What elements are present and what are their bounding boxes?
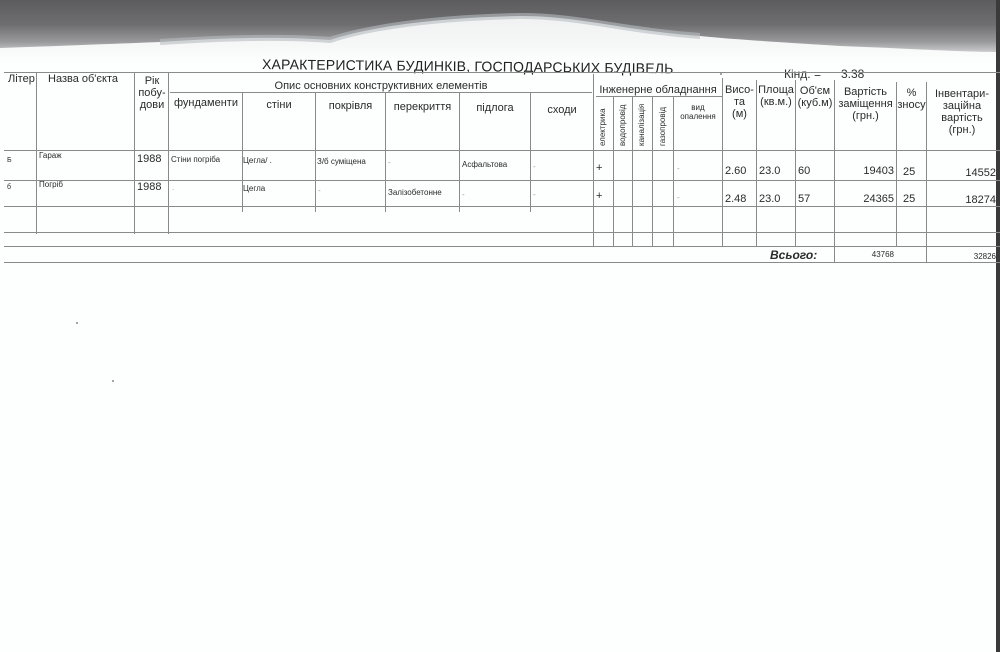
header-gas-supply: газопровід bbox=[658, 107, 667, 146]
header-walls: стіни bbox=[243, 99, 315, 111]
header-inventory-line: вартість bbox=[927, 112, 997, 124]
header-ceiling: перекриття bbox=[386, 101, 459, 113]
scan-speck bbox=[76, 322, 78, 324]
header-bottom-border bbox=[4, 150, 1000, 151]
header-height-line: та bbox=[723, 96, 756, 108]
col-divider bbox=[652, 96, 653, 246]
header-inventory-cost: Інвентари- зацiйна вартість (грн.) bbox=[927, 88, 997, 136]
header-year-line: побу- bbox=[137, 87, 167, 99]
cell-ceiling: Залізобетонне bbox=[388, 188, 442, 197]
cell-electricity: + bbox=[596, 162, 602, 174]
header-height-line: Висо- bbox=[723, 84, 756, 96]
coefficient: Кінд. =3.38 bbox=[784, 67, 864, 81]
totals-replacement-cost: 43768 bbox=[836, 250, 894, 259]
coefficient-value: 3.38 bbox=[841, 67, 864, 81]
cell-inventory-cost: 18274 bbox=[928, 194, 996, 206]
header-water-supply: водопровід bbox=[618, 105, 627, 146]
table-top-border bbox=[4, 72, 1000, 73]
cell-floor: - bbox=[462, 190, 465, 199]
row-divider bbox=[4, 246, 1000, 247]
header-sewerage: каналізація bbox=[637, 104, 646, 146]
cell-inventory-cost: 14552 bbox=[928, 167, 996, 179]
header-replacement-cost: Вартість заміщення (грн.) bbox=[835, 86, 896, 122]
scan-speck bbox=[720, 73, 722, 75]
col-divider bbox=[168, 72, 169, 234]
cell-foundations: . bbox=[172, 183, 174, 192]
cell-wear: 25 bbox=[903, 166, 915, 178]
header-area-line: Площа bbox=[757, 84, 795, 96]
header-inventory-line: Інвентари- bbox=[927, 88, 997, 100]
cell-heating-type: - bbox=[677, 193, 680, 202]
header-floor: підлога bbox=[460, 102, 530, 114]
cell-heating-type: - bbox=[677, 164, 680, 173]
cell-floor: Асфальтова bbox=[462, 160, 507, 169]
cell-volume: 60 bbox=[798, 165, 810, 177]
header-wear-line: % bbox=[897, 87, 926, 99]
totals-bottom-border bbox=[4, 262, 1000, 263]
cell-roof: З/б суміщена bbox=[317, 157, 366, 166]
header-heating-type: вид опалення bbox=[674, 103, 722, 121]
cell-volume: 57 bbox=[798, 193, 810, 205]
header-foundations: фундаменти bbox=[170, 97, 242, 109]
col-divider bbox=[593, 74, 594, 246]
cell-object-name: Гараж bbox=[39, 151, 62, 160]
header-area: Площа (кв.м.) bbox=[757, 84, 795, 108]
cell-walls: Цегла bbox=[243, 184, 265, 193]
cell-liter: Б bbox=[7, 155, 12, 167]
cell-object-name: Погріб bbox=[39, 180, 63, 189]
header-construction-group: Опис основних конструктивних елементів bbox=[170, 80, 592, 92]
header-engineering-group: Інженерне обладнання bbox=[594, 84, 722, 96]
header-replacement-line: Вартість bbox=[835, 86, 896, 98]
row-divider bbox=[4, 232, 1000, 233]
header-replacement-line: заміщення bbox=[835, 98, 896, 110]
cell-walls: Цегла/ . bbox=[243, 156, 272, 165]
col-divider bbox=[632, 96, 633, 246]
col-divider bbox=[36, 72, 37, 234]
header-area-line: (кв.м.) bbox=[757, 96, 795, 108]
cell-replacement-cost: 24365 bbox=[836, 193, 894, 205]
header-wear: % зносу bbox=[897, 87, 926, 111]
cell-area: 23.0 bbox=[759, 165, 780, 177]
header-object-name: Назва об'єкта bbox=[48, 73, 118, 85]
group-header-divider bbox=[170, 92, 592, 93]
cell-liter: б bbox=[7, 182, 11, 194]
cell-stairs: - bbox=[533, 190, 536, 199]
header-volume-line: (куб.м) bbox=[796, 97, 834, 109]
header-stairs: сходи bbox=[531, 104, 593, 116]
cell-replacement-cost: 19403 bbox=[836, 165, 894, 177]
header-inventory-line: (грн.) bbox=[927, 124, 997, 136]
header-inventory-line: зацiйна bbox=[927, 100, 997, 112]
cell-height: 2.48 bbox=[725, 193, 746, 205]
header-liter: Літер bbox=[8, 73, 35, 85]
cell-foundations: Стіни погріба bbox=[171, 155, 220, 164]
coefficient-label: Кінд. = bbox=[784, 67, 821, 81]
cell-electricity: + bbox=[596, 190, 602, 202]
cell-roof: - bbox=[318, 186, 321, 195]
totals-inventory-cost: 32826 bbox=[928, 252, 996, 261]
cell-area: 23.0 bbox=[759, 193, 780, 205]
cell-year: 1988 bbox=[137, 181, 161, 193]
header-height: Висо- та (м) bbox=[723, 84, 756, 120]
header-height-line: (м) bbox=[723, 108, 756, 120]
cell-year: 1988 bbox=[137, 153, 161, 165]
scan-speck bbox=[112, 380, 114, 382]
header-year: Рік побу- дови bbox=[137, 75, 167, 111]
group-header-divider bbox=[596, 96, 722, 97]
cell-wear: 25 bbox=[903, 193, 915, 205]
header-year-line: дови bbox=[137, 99, 167, 111]
header-replacement-line: (грн.) bbox=[835, 110, 896, 122]
header-heating-line: вид bbox=[674, 103, 722, 112]
header-heating-line: опалення bbox=[674, 112, 722, 121]
header-year-line: Рік bbox=[137, 75, 167, 87]
header-electricity: електрика bbox=[598, 108, 607, 146]
col-divider bbox=[134, 72, 135, 234]
cell-stairs: - bbox=[533, 162, 536, 171]
cell-height: 2.60 bbox=[725, 165, 746, 177]
header-wear-line: зносу bbox=[897, 99, 926, 111]
header-volume: Об'єм (куб.м) bbox=[796, 85, 834, 109]
col-divider bbox=[613, 96, 614, 246]
header-roof: покрівля bbox=[316, 100, 385, 112]
totals-label: Всього: bbox=[770, 249, 817, 261]
header-volume-line: Об'єм bbox=[796, 85, 834, 97]
cell-ceiling: - bbox=[388, 158, 391, 167]
row-divider bbox=[4, 206, 1000, 207]
